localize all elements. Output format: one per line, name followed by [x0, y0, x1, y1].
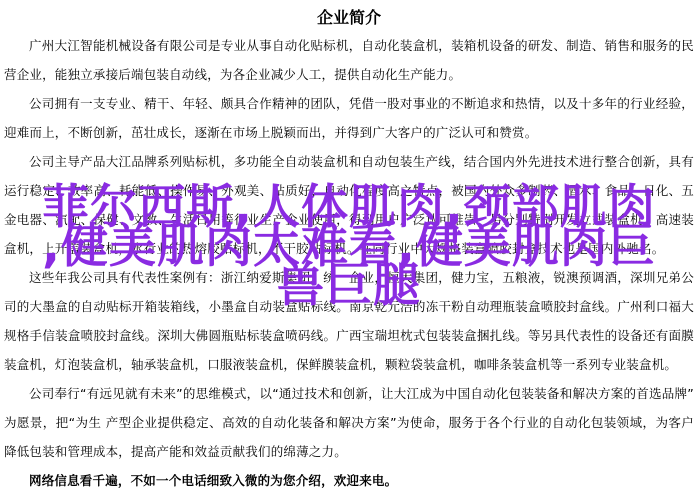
paragraph-team: 公司拥有一支专业、精干、年轻、颇具合作精神的团队，凭借一股对事业的不断追求和热情… — [4, 89, 694, 147]
page-title: 企业简介 — [4, 4, 694, 31]
company-profile-page: 企业简介 广州大江智能机械设备有限公司是专业从事自动化贴标机，自动化装盒机，装箱… — [0, 0, 698, 499]
paragraph-company-overview: 广州大江智能机械设备有限公司是专业从事自动化贴标机，自动化装盒机，装箱机设备的研… — [4, 31, 694, 89]
overlay-spam-title-link[interactable]: 菲尔西斯,人体肌肉,颈部肌肉 ,健美肌肉太难看,健美肌肉巨 兽巨腿 — [0, 188, 698, 305]
contact-invitation-line: 网络信息看千遍，不如一个电话细致入微的为您介绍，欢迎来电。 — [4, 466, 694, 495]
paragraph-vision-mission: 公司奉行“有远见就有未来”的思维模式，以“通过技术和创新，让大江成为中国自动化包… — [4, 379, 694, 466]
